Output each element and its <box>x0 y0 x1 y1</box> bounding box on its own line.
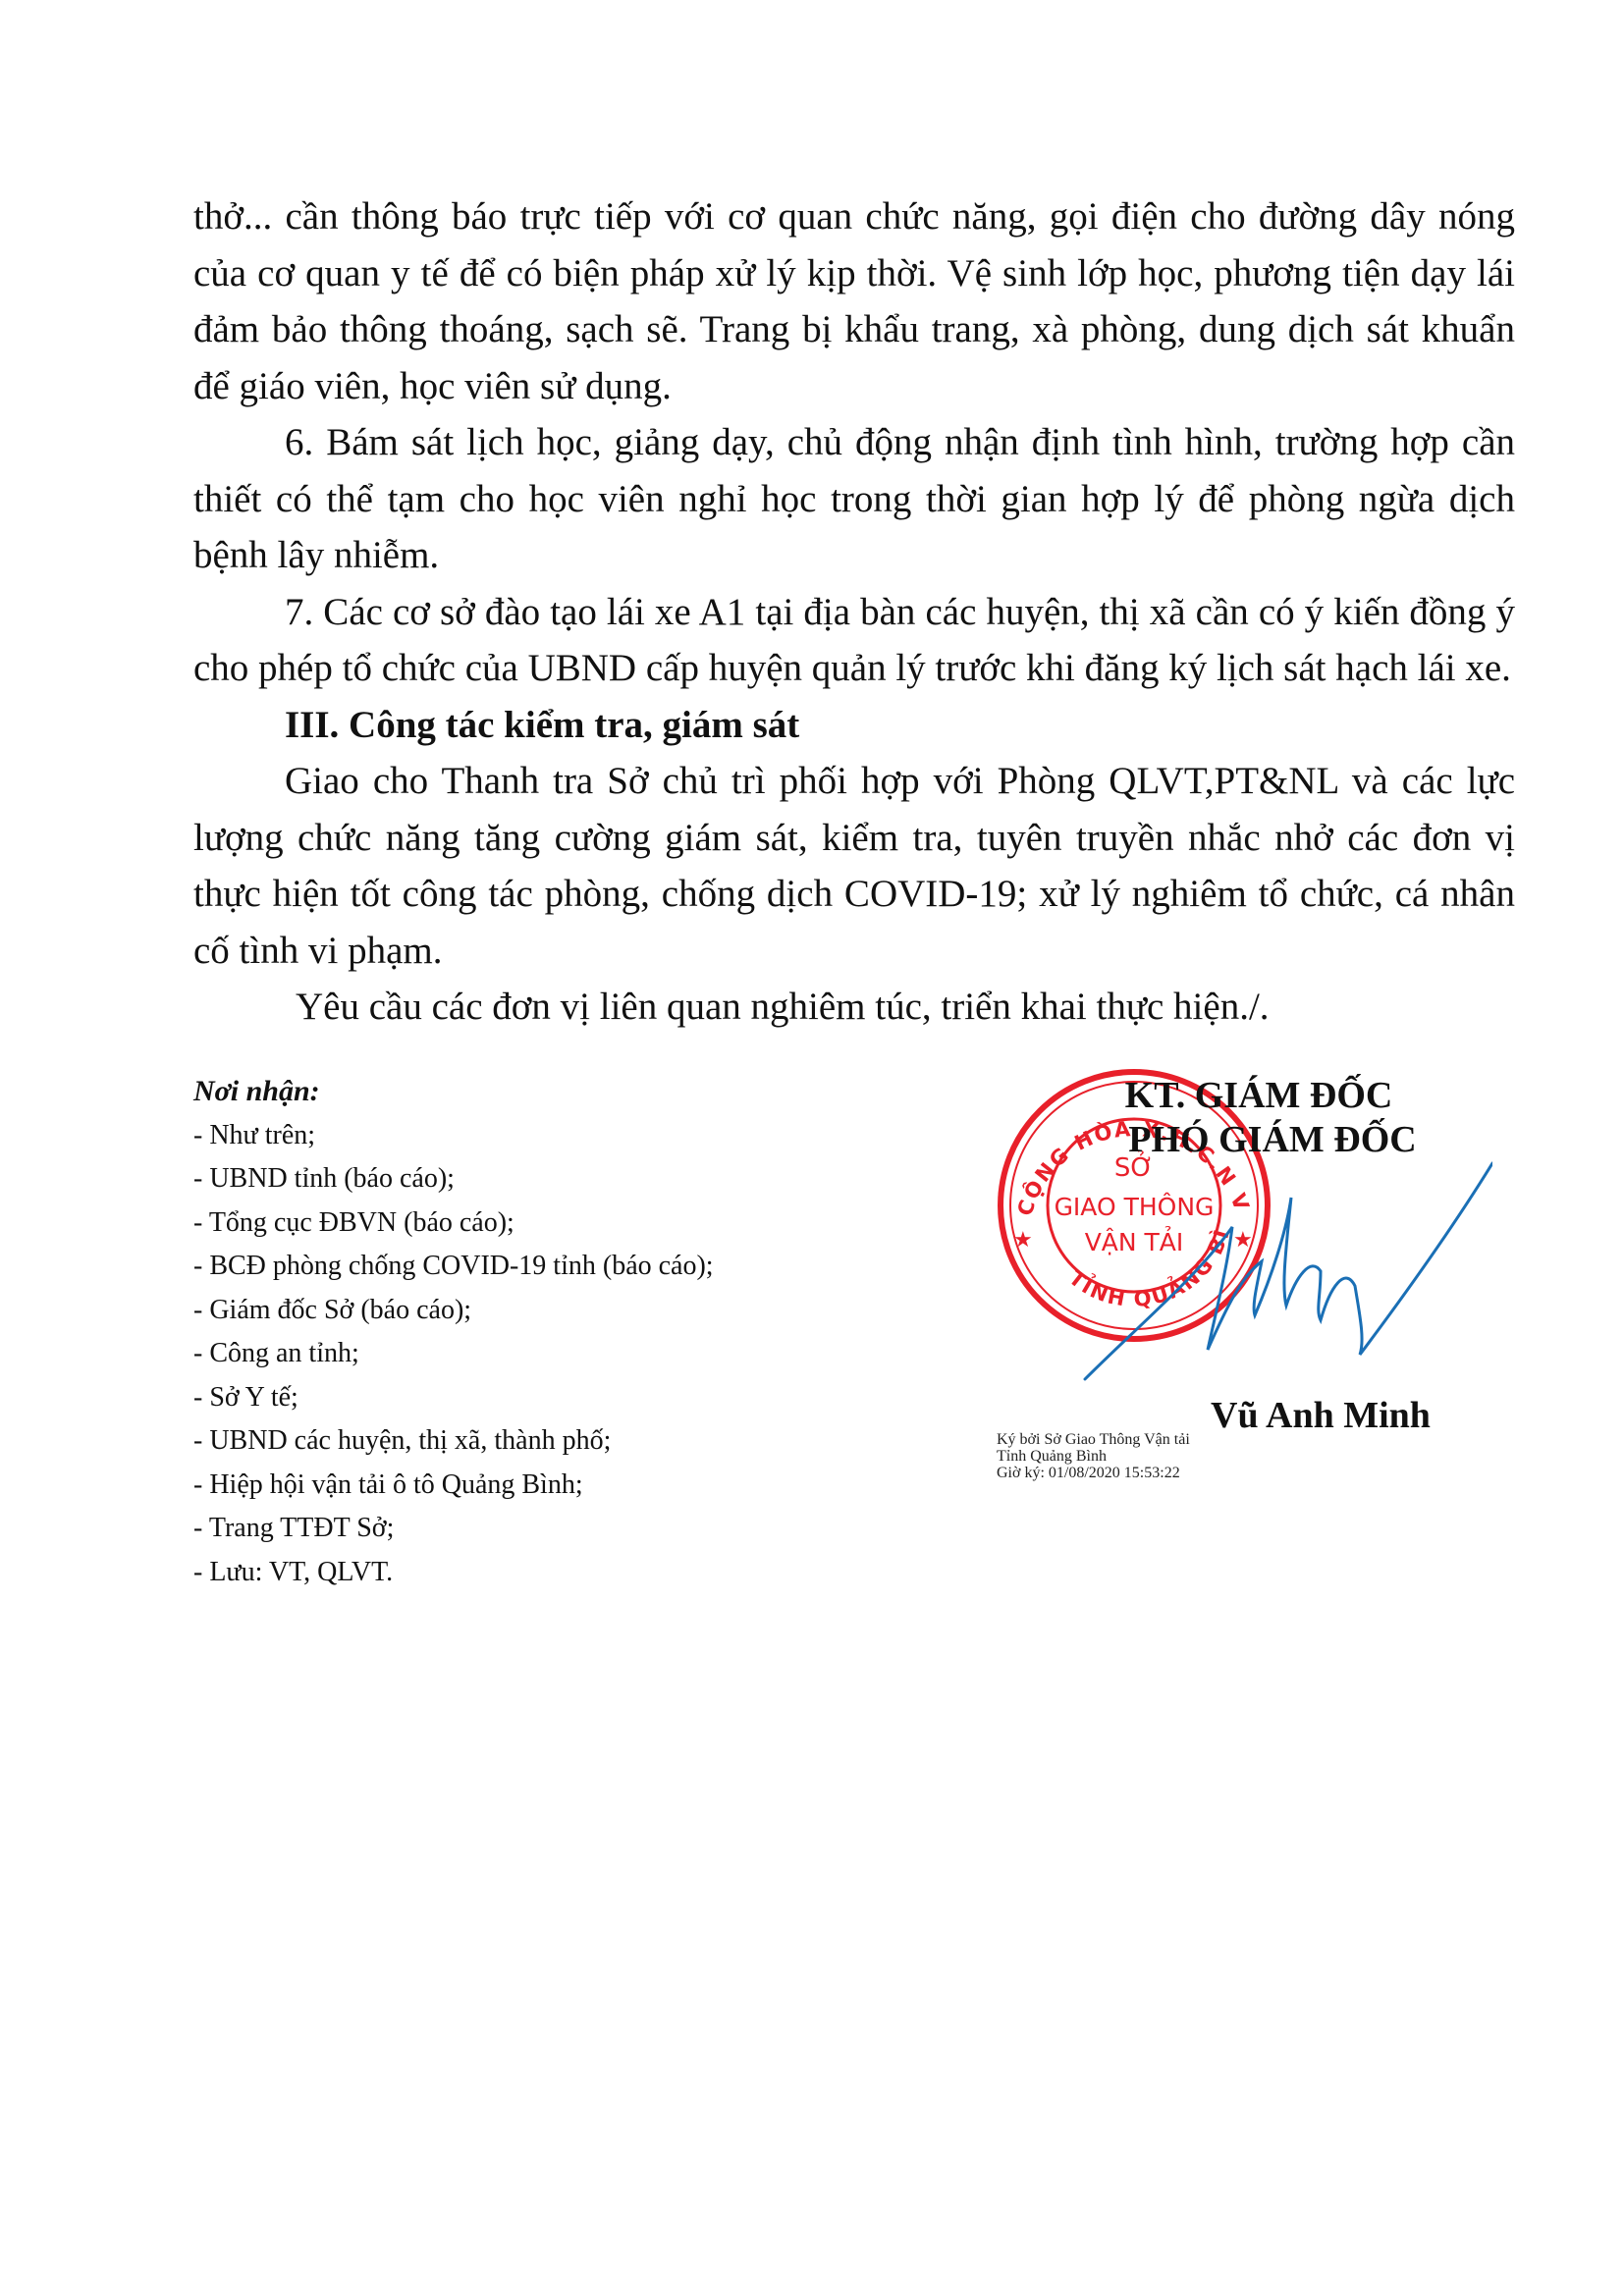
list-item: - Hiệp hội vận tải ô tô Quảng Bình; <box>193 1464 714 1508</box>
list-item: - BCĐ phòng chống COVID-19 tỉnh (báo cáo… <box>193 1245 714 1289</box>
list-item: - Giám đốc Sở (báo cáo); <box>193 1289 714 1333</box>
recipients-block: Nơi nhận: - Như trên; - UBND tỉnh (báo c… <box>193 1070 714 1594</box>
digital-signer-province: Tỉnh Quảng Bình <box>997 1448 1190 1465</box>
digital-signer: Ký bởi Sở Giao Thông Vận tải <box>997 1431 1190 1448</box>
document-body: thở... cần thông báo trực tiếp với cơ qu… <box>193 188 1515 1036</box>
closing-paragraph: Yêu cầu các đơn vị liên quan nghiêm túc,… <box>193 979 1515 1036</box>
section-heading: III. Công tác kiểm tra, giám sát <box>193 697 1515 754</box>
recipients-list: - Như trên; - UBND tỉnh (báo cáo); - Tổn… <box>193 1114 714 1595</box>
list-item: - Sở Y tế; <box>193 1376 714 1420</box>
signature-block: CỘNG HÒA X.H.C.N VIỆT NAM TỈNH QUẢNG BÌN… <box>982 1060 1492 1472</box>
paragraph-item-6: 6. Bám sát lịch học, giảng dạy, chủ động… <box>193 414 1515 584</box>
svg-text:★: ★ <box>1013 1227 1033 1252</box>
section-paragraph: Giao cho Thanh tra Sở chủ trì phối hợp v… <box>193 753 1515 979</box>
recipients-title: Nơi nhận: <box>193 1070 714 1114</box>
list-item: - Công an tỉnh; <box>193 1332 714 1376</box>
signature-title-line2: PHÓ GIÁM ĐỐC <box>1017 1116 1528 1163</box>
list-item: - Như trên; <box>193 1114 714 1158</box>
list-item: - Lưu: VT, QLVT. <box>193 1551 714 1595</box>
signature-title-line1: KT. GIÁM ĐỐC <box>1003 1072 1514 1119</box>
list-item: - UBND tỉnh (báo cáo); <box>193 1157 714 1201</box>
list-item: - Trang TTĐT Sở; <box>193 1507 714 1551</box>
list-item: - Tổng cục ĐBVN (báo cáo); <box>193 1201 714 1246</box>
signing-time: Giờ ký: 01/08/2020 15:53:22 <box>997 1465 1190 1481</box>
list-item: - UBND các huyện, thị xã, thành phố; <box>193 1419 714 1464</box>
signer-name: Vũ Anh Minh <box>1149 1394 1492 1437</box>
handwritten-signature-icon <box>1080 1158 1492 1384</box>
paragraph-continuation: thở... cần thông báo trực tiếp với cơ qu… <box>193 188 1515 414</box>
digital-signature-info: Ký bởi Sở Giao Thông Vận tải Tỉnh Quảng … <box>997 1431 1190 1481</box>
paragraph-item-7: 7. Các cơ sở đào tạo lái xe A1 tại địa b… <box>193 584 1515 697</box>
